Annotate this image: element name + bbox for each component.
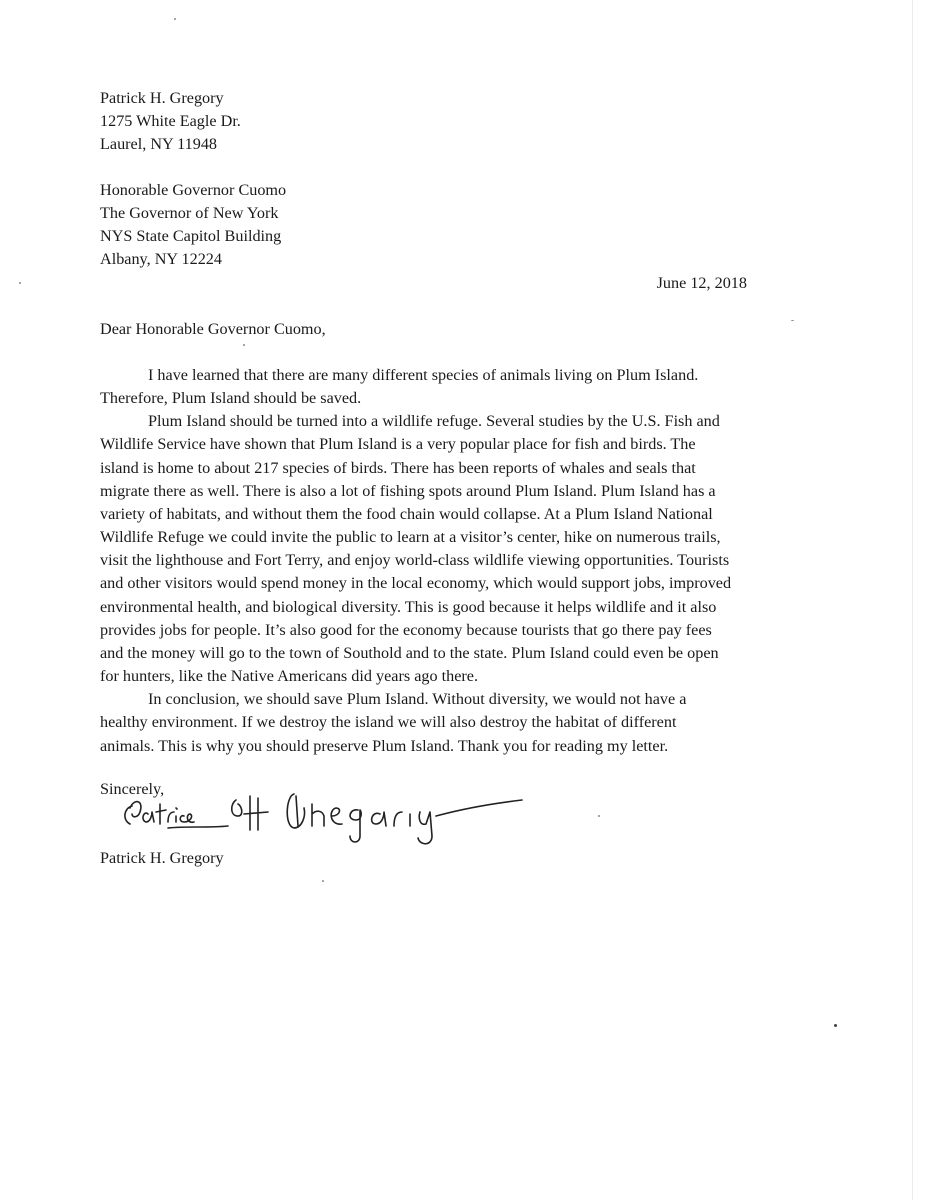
- body-line: variety of habitats, and without them th…: [100, 503, 750, 526]
- sender-name: Patrick H. Gregory: [100, 87, 241, 110]
- body-line: island is home to about 217 species of b…: [100, 457, 750, 480]
- scan-speck: [834, 1024, 837, 1027]
- salutation: Dear Honorable Governor Cuomo,: [100, 318, 326, 341]
- body-line: visit the lighthouse and Fort Terry, and…: [100, 549, 750, 572]
- recipient-line-4: Albany, NY 12224: [100, 248, 286, 271]
- body-line: Therefore, Plum Island should be saved.: [100, 387, 750, 410]
- body-line: healthy environment. If we destroy the i…: [100, 711, 750, 734]
- recipient-address: Honorable Governor Cuomo The Governor of…: [100, 179, 286, 271]
- scan-speck: [598, 815, 600, 817]
- signature-icon: [118, 786, 528, 848]
- paragraph-intro: I have learned that there are many diffe…: [100, 364, 750, 410]
- body-line: Wildlife Service have shown that Plum Is…: [100, 433, 750, 456]
- scan-speck: [174, 18, 176, 20]
- sender-street: 1275 White Eagle Dr.: [100, 110, 241, 133]
- body-line: and other visitors would spend money in …: [100, 572, 750, 595]
- body-line: I have learned that there are many diffe…: [100, 364, 750, 387]
- sender-address: Patrick H. Gregory 1275 White Eagle Dr. …: [100, 87, 241, 156]
- body-line: Wildlife Refuge we could invite the publ…: [100, 526, 750, 549]
- body-line: provides jobs for people. It’s also good…: [100, 619, 750, 642]
- body-line: environmental health, and biological div…: [100, 596, 750, 619]
- letter-body: I have learned that there are many diffe…: [100, 364, 750, 758]
- recipient-line-2: The Governor of New York: [100, 202, 286, 225]
- scan-page-edge: [912, 0, 913, 1200]
- paragraph-argument: Plum Island should be turned into a wild…: [100, 410, 750, 688]
- scan-speck: [791, 320, 794, 321]
- scan-speck: [243, 344, 245, 346]
- body-line: In conclusion, we should save Plum Islan…: [100, 688, 750, 711]
- body-line: Plum Island should be turned into a wild…: [100, 410, 750, 433]
- scan-speck: [322, 880, 324, 882]
- recipient-line-3: NYS State Capitol Building: [100, 225, 286, 248]
- body-line: and the money will go to the town of Sou…: [100, 642, 750, 665]
- body-line: for hunters, like the Native Americans d…: [100, 665, 750, 688]
- body-line: animals. This is why you should preserve…: [100, 735, 750, 758]
- scan-speck: [19, 282, 21, 284]
- body-line: migrate there as well. There is also a l…: [100, 480, 750, 503]
- paragraph-conclusion: In conclusion, we should save Plum Islan…: [100, 688, 750, 757]
- sender-city: Laurel, NY 11948: [100, 133, 241, 156]
- printed-name: Patrick H. Gregory: [100, 847, 224, 870]
- letter-date: June 12, 2018: [657, 272, 747, 295]
- recipient-line-1: Honorable Governor Cuomo: [100, 179, 286, 202]
